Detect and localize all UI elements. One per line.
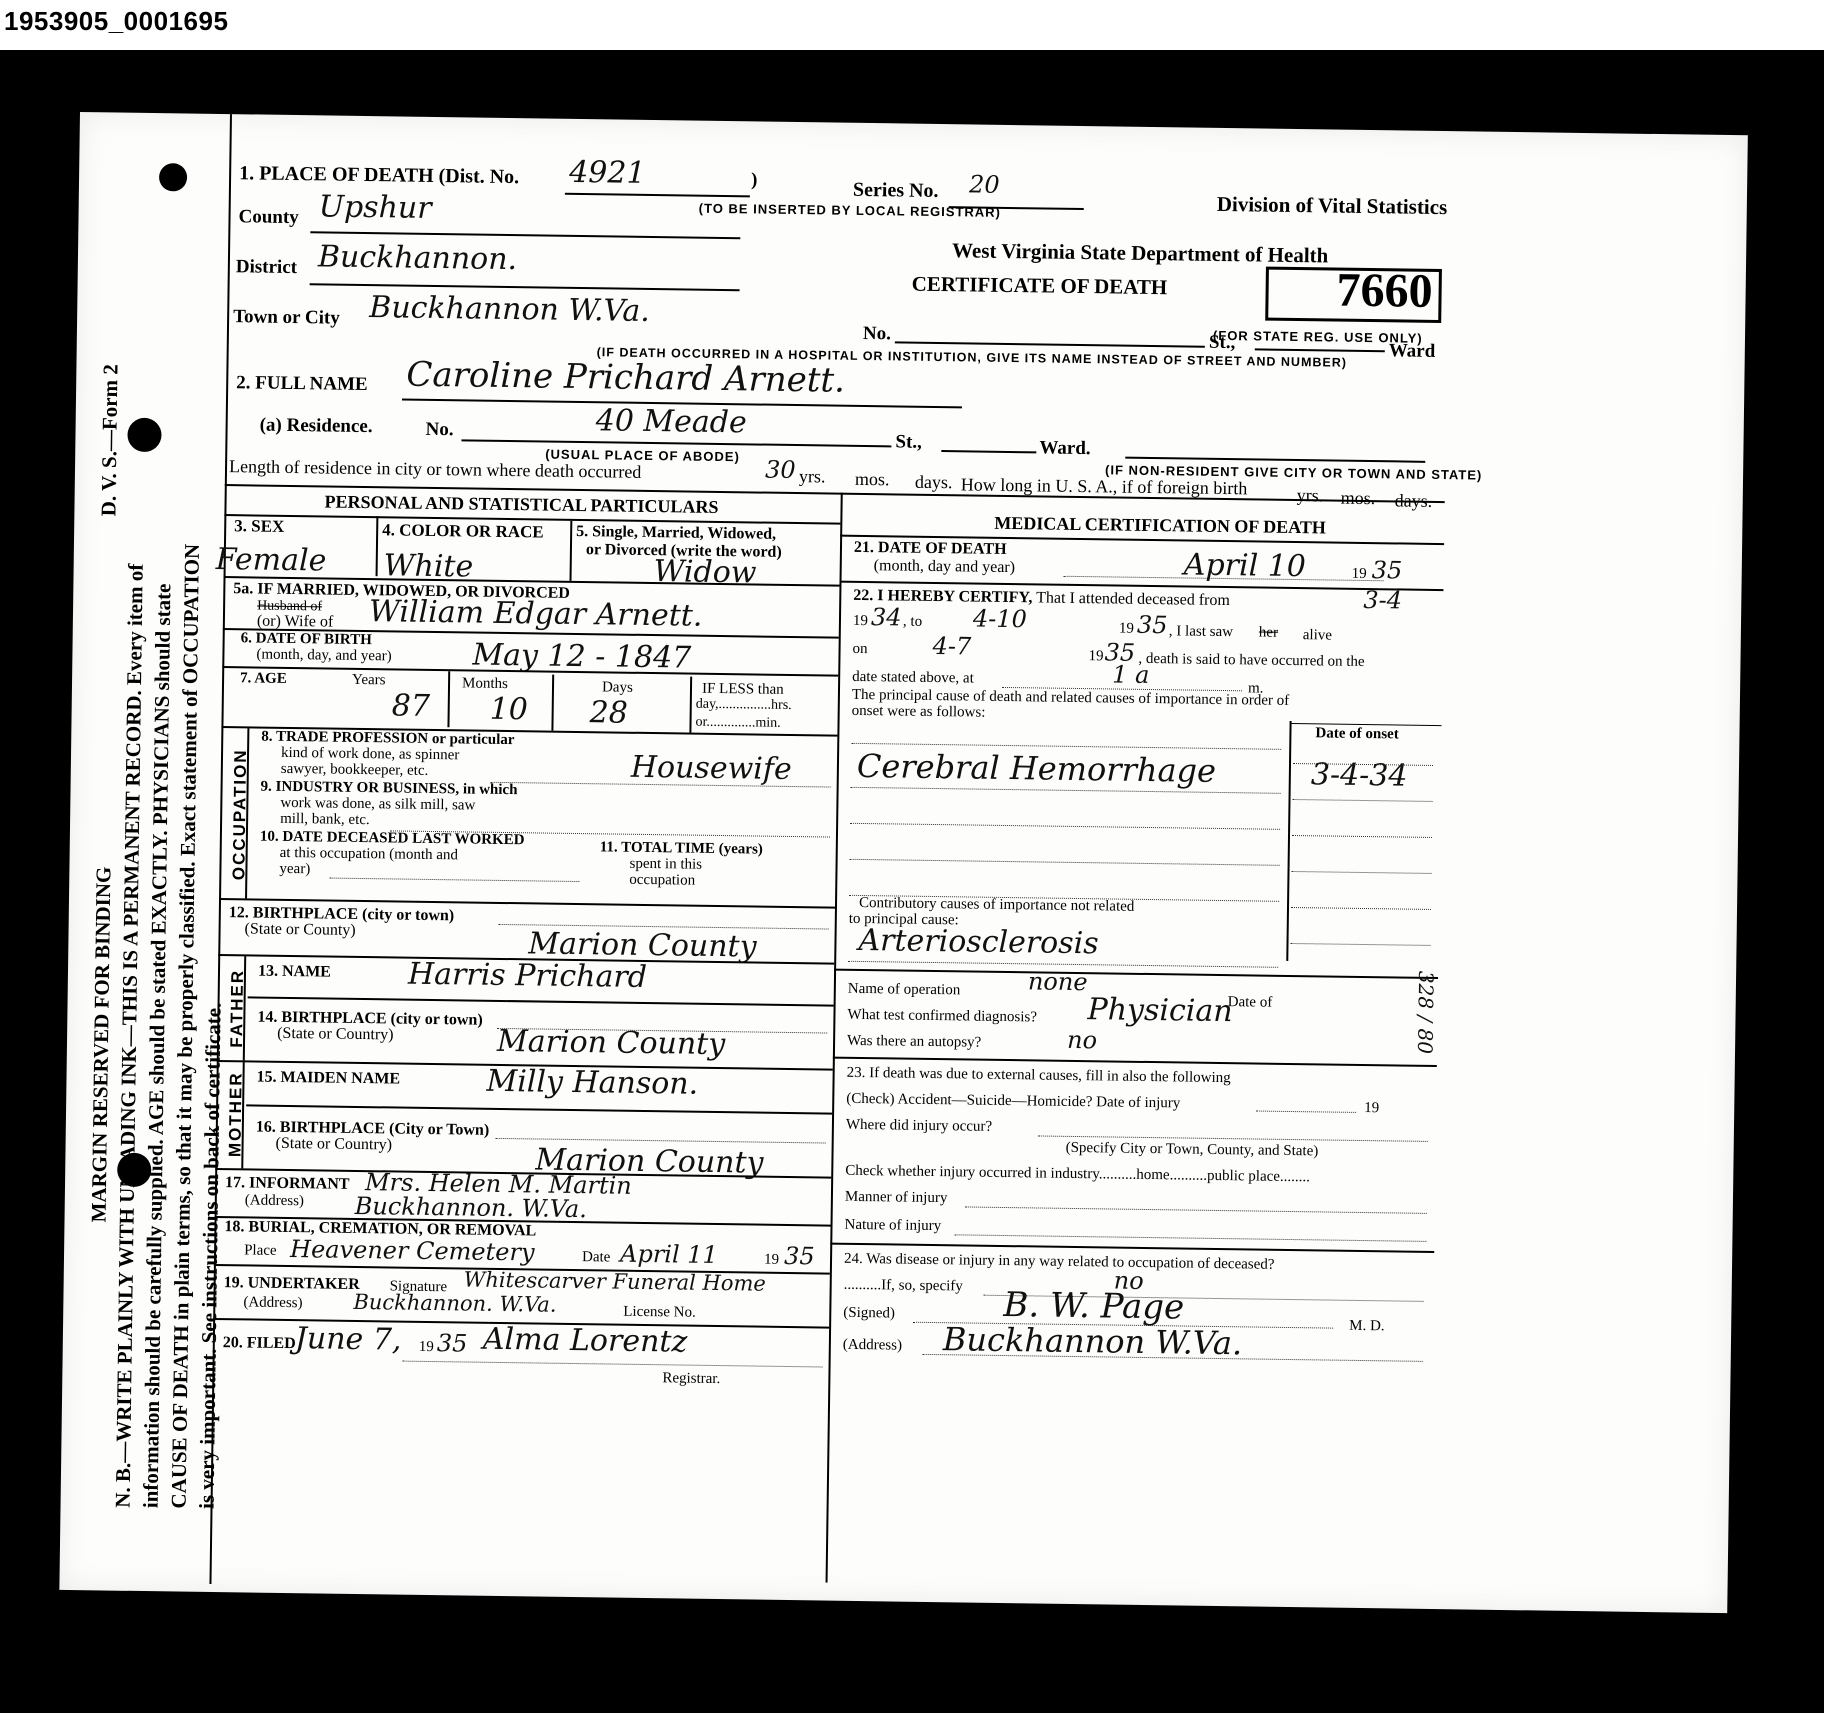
- filed-label: 20. FILED: [223, 1334, 296, 1353]
- dod-label: 21. DATE OF DEATH: [854, 539, 1007, 559]
- last-saw-date: 4-7: [932, 632, 971, 661]
- age-months-label: Months: [462, 675, 508, 693]
- onset-dotted-3: [1292, 835, 1432, 838]
- district-label: District: [236, 256, 298, 279]
- undertaker-address-label: (Address): [243, 1294, 302, 1312]
- last-saw-year-prefix: 19: [1088, 648, 1103, 665]
- father-name-line: [248, 996, 834, 1006]
- on-label: on: [852, 641, 867, 658]
- division-title: Division of Vital Statistics: [1217, 192, 1448, 220]
- burial-year: 35: [784, 1242, 815, 1270]
- age-days-label: Days: [602, 679, 633, 696]
- cause-intro-2: onset were as follows:: [852, 703, 986, 722]
- contributory-value: Arteriosclerosis: [858, 923, 1099, 961]
- sex-label: 3. SEX: [234, 516, 284, 537]
- dod-sub-label: (month, day and year): [874, 557, 1016, 577]
- county-value: Upshur: [318, 189, 431, 226]
- street-no-label: No.: [863, 323, 891, 345]
- department-title: West Virginia State Department of Health: [952, 238, 1329, 268]
- age-divider-3: [689, 677, 692, 733]
- nature-label: Nature of injury: [844, 1217, 941, 1235]
- dod-month-day: April 10: [1184, 547, 1307, 584]
- less-than-3: or..............min.: [695, 715, 780, 732]
- residence-ward-label: Ward.: [1039, 437, 1091, 460]
- age-divider-2: [551, 675, 554, 731]
- ward-label: Ward: [1389, 340, 1436, 363]
- injury-date-dotted: [1256, 1111, 1356, 1113]
- cause-dotted-2: [851, 787, 1281, 794]
- date-stated-label: date stated above, at: [852, 669, 974, 688]
- time-value: 1 a: [1112, 660, 1150, 689]
- burial-place-label: Place: [244, 1242, 277, 1259]
- age-divider-1: [447, 671, 450, 727]
- industry-label-3: mill, bank, etc.: [280, 811, 370, 829]
- maiden-line: [246, 1104, 832, 1114]
- dod-year-prefix: 19: [1352, 566, 1367, 583]
- residence-value: 40 Meade: [595, 403, 747, 440]
- license-label: License No.: [623, 1304, 696, 1322]
- check-accident-label: (Check) Accident—Suicide—Homicide? Date …: [846, 1091, 1180, 1113]
- last-worked-3: year): [279, 861, 310, 878]
- age-years-value: 87: [391, 688, 430, 724]
- residence-line: [461, 439, 891, 447]
- last-saw-pronoun: her: [1259, 625, 1278, 642]
- onset-divider: [1286, 721, 1291, 961]
- spouse-value: William Edgar Arnett.: [369, 594, 703, 634]
- personal-section-title: PERSONAL AND STATISTICAL PARTICULARS: [324, 491, 718, 517]
- autopsy-value: no: [1067, 1026, 1097, 1054]
- series-number: 20: [969, 170, 1000, 198]
- registrar-label: Registrar.: [662, 1370, 720, 1388]
- occupation-side-label: OCCUPATION: [229, 744, 251, 884]
- dist-no-line: [565, 193, 750, 198]
- maiden-name-value: Milly Hanson.: [486, 1064, 698, 1102]
- full-name-value: Caroline Prichard Arnett.: [406, 355, 845, 401]
- town-label: Town or City: [233, 306, 340, 329]
- ward-line: [1255, 348, 1385, 352]
- father-side-label: FATHER: [227, 958, 248, 1058]
- age-months-value: 10: [489, 692, 528, 728]
- residence-label: (a) Residence.: [259, 415, 372, 439]
- punch-hole: [159, 163, 187, 191]
- street-line: [895, 341, 1205, 347]
- margin-binding-text: MARGIN RESERVED FOR BINDING: [86, 867, 115, 1223]
- birthplace-label-2: (State or County): [244, 920, 355, 940]
- onset-dotted-6: [1291, 943, 1431, 946]
- series-label: Series No.: [853, 179, 939, 203]
- autopsy-label: Was there an autopsy?: [847, 1033, 981, 1052]
- filed-year: 35: [437, 1329, 468, 1357]
- maiden-name-label: 15. MAIDEN NAME: [256, 1069, 400, 1089]
- attended-from: 3-4: [1363, 586, 1402, 615]
- alive-label: alive: [1303, 627, 1332, 644]
- operation-value: none: [1028, 967, 1088, 996]
- check-where-label: Check whether injury occurred in industr…: [845, 1163, 1310, 1186]
- top-bar: 1953905_0001695: [0, 0, 1824, 50]
- father-name-value: Harris Prichard: [408, 957, 647, 995]
- cause-dotted-3: [850, 823, 1280, 830]
- onset-header: Date of onset: [1315, 725, 1399, 743]
- column-divider: [826, 493, 843, 1583]
- race-marital-divider: [570, 521, 573, 581]
- certify-text: That I attended deceased from: [1036, 589, 1230, 609]
- burial-date: April 11: [620, 1240, 718, 1269]
- father-name-label: 13. NAME: [258, 963, 331, 982]
- from-year-prefix: 19: [853, 613, 868, 630]
- death-said-label: , death is said to have occurred on the: [1138, 651, 1364, 671]
- to-year: 35: [1137, 611, 1168, 639]
- contributory-dotted: [848, 961, 1278, 968]
- filed-date: June 7,: [295, 1321, 402, 1357]
- mother-side-label: MOTHER: [225, 1064, 246, 1164]
- usa-yrs-label: yrs.: [1297, 485, 1324, 506]
- operation-date-label: Date of: [1228, 994, 1273, 1012]
- dob-sub-label: (month, day, and year): [256, 647, 391, 666]
- length-residence-years: 30: [765, 456, 796, 484]
- nonresident-line: [1125, 457, 1425, 463]
- death-certificate: MARGIN RESERVED FOR BINDING D. V. S.—For…: [59, 112, 1747, 1613]
- cause-dotted-4: [850, 859, 1280, 866]
- county-label: County: [238, 206, 298, 229]
- residence-ward-line: [941, 450, 1036, 453]
- attended-to: 4-10: [973, 605, 1027, 634]
- residence-st-label: St.,: [895, 431, 922, 453]
- physician-address: Buckhannon W.Va.: [943, 1320, 1243, 1362]
- undertaker-label: 19. UNDERTAKER: [224, 1274, 360, 1294]
- sex-value: Female: [216, 542, 327, 579]
- undertaker-address: Buckhannon. W.Va.: [353, 1290, 556, 1317]
- age-years-label: Years: [352, 672, 386, 689]
- dod-year: 35: [1372, 556, 1403, 584]
- length-days-label: days.: [915, 472, 953, 494]
- usa-mos-label: mos.: [1341, 488, 1376, 509]
- town-value: Buckhannon W.Va.: [369, 290, 650, 329]
- informant-label: 17. INFORMANT: [225, 1174, 350, 1194]
- from-year: 34: [871, 603, 902, 631]
- where-injury-label: Where did injury occur?: [846, 1117, 992, 1136]
- trade-label-3: sawyer, bookkeeper, etc.: [281, 761, 429, 780]
- father-birthplace-label-2: (State or Country): [277, 1025, 394, 1045]
- operation-label: Name of operation: [848, 981, 961, 1000]
- less-than-2: day,...............hrs.: [696, 697, 792, 714]
- binding-margin: MARGIN RESERVED FOR BINDING D. V. S.—For…: [59, 112, 230, 1592]
- local-registrar-note: (TO BE INSERTED BY LOCAL REGISTRAR): [699, 201, 1001, 220]
- residence-no-label: No.: [425, 419, 453, 441]
- state-reg-number: 7660: [1336, 263, 1433, 319]
- medical-section-title: MEDICAL CERTIFICATION OF DEATH: [994, 513, 1326, 539]
- registrar-signature: Alma Lorentz: [483, 1322, 688, 1360]
- signed-label: (Signed): [843, 1305, 895, 1323]
- state-reg-box: 7660: [1265, 267, 1442, 323]
- test-label: What test confirmed diagnosis?: [847, 1007, 1037, 1027]
- form-number: D. V. S.—Form 2: [96, 364, 122, 516]
- to-year-prefix: 19: [1119, 621, 1134, 638]
- specify-note: (Specify City or Town, County, and State…: [1066, 1140, 1319, 1161]
- certificate-title: CERTIFICATE OF DEATH: [912, 272, 1168, 301]
- filed-year-prefix: 19: [419, 1339, 434, 1356]
- burial-date-label: Date: [582, 1249, 611, 1266]
- injury-year-prefix: 19: [1364, 1100, 1379, 1117]
- document-id: 1953905_0001695: [4, 6, 228, 37]
- manner-label: Manner of injury: [845, 1189, 948, 1207]
- county-line: [310, 231, 740, 239]
- cause-bottom-line: [834, 969, 1438, 979]
- length-mos-label: mos.: [855, 469, 890, 490]
- district-number: 4921: [569, 155, 646, 191]
- last-worked-dotted: [329, 878, 579, 882]
- test-value: Physician: [1087, 992, 1233, 1029]
- length-residence-label: Length of residence in city or town wher…: [229, 456, 642, 483]
- onset-dotted-4: [1292, 871, 1432, 874]
- occ-specify-label: ..........If, so, specify: [844, 1277, 963, 1296]
- manner-dotted: [965, 1206, 1427, 1213]
- certify-label: 22. I HEREBY CERTIFY, That I attended de…: [853, 587, 1230, 610]
- mother-birthplace-label-2: (State or Country): [275, 1135, 392, 1155]
- to-label: , to: [903, 614, 922, 631]
- burial-place: Heavener Cemetery: [290, 1235, 535, 1266]
- informant-address-label: (Address): [245, 1192, 304, 1210]
- place-of-death-label: 1. PLACE OF DEATH (Dist. No.: [239, 162, 519, 189]
- length-yrs-label: yrs.: [799, 466, 826, 487]
- full-name-label: 2. FULL NAME: [236, 372, 368, 396]
- age-label: 7. AGE: [240, 670, 287, 688]
- occ-related-label: 24. Was disease or injury in any way rel…: [844, 1251, 1275, 1274]
- total-time-3: occupation: [629, 872, 695, 890]
- physician-address-label: (Address): [843, 1337, 902, 1355]
- age-days-value: 28: [589, 695, 628, 731]
- district-value: Buckhannon.: [318, 239, 518, 277]
- margin-code: 328 / 80: [1413, 971, 1438, 1054]
- burial-year-prefix: 19: [764, 1252, 779, 1269]
- street-st-label: St.,: [1209, 332, 1236, 354]
- external-label: 23. If death was due to external causes,…: [847, 1065, 1231, 1087]
- md-label: M. D.: [1349, 1318, 1385, 1335]
- last-saw-label: , I last saw: [1169, 623, 1233, 641]
- paren-close: ): [751, 169, 758, 191]
- sex-race-divider: [376, 516, 379, 576]
- nature-dotted: [954, 1234, 1426, 1242]
- punch-hole: [127, 418, 161, 452]
- margin-line-5: is very important. See instructions on b…: [195, 1003, 227, 1510]
- principal-cause: Cerebral Hemorrhage: [857, 747, 1217, 790]
- onset-dotted-5: [1291, 907, 1431, 910]
- race-label: 4. COLOR OR RACE: [382, 520, 544, 542]
- trade-value: Housewife: [631, 750, 792, 787]
- onset-dotted-2: [1293, 799, 1433, 802]
- filed-dotted: [403, 1361, 823, 1368]
- father-birthplace-value: Marion County: [497, 1024, 726, 1062]
